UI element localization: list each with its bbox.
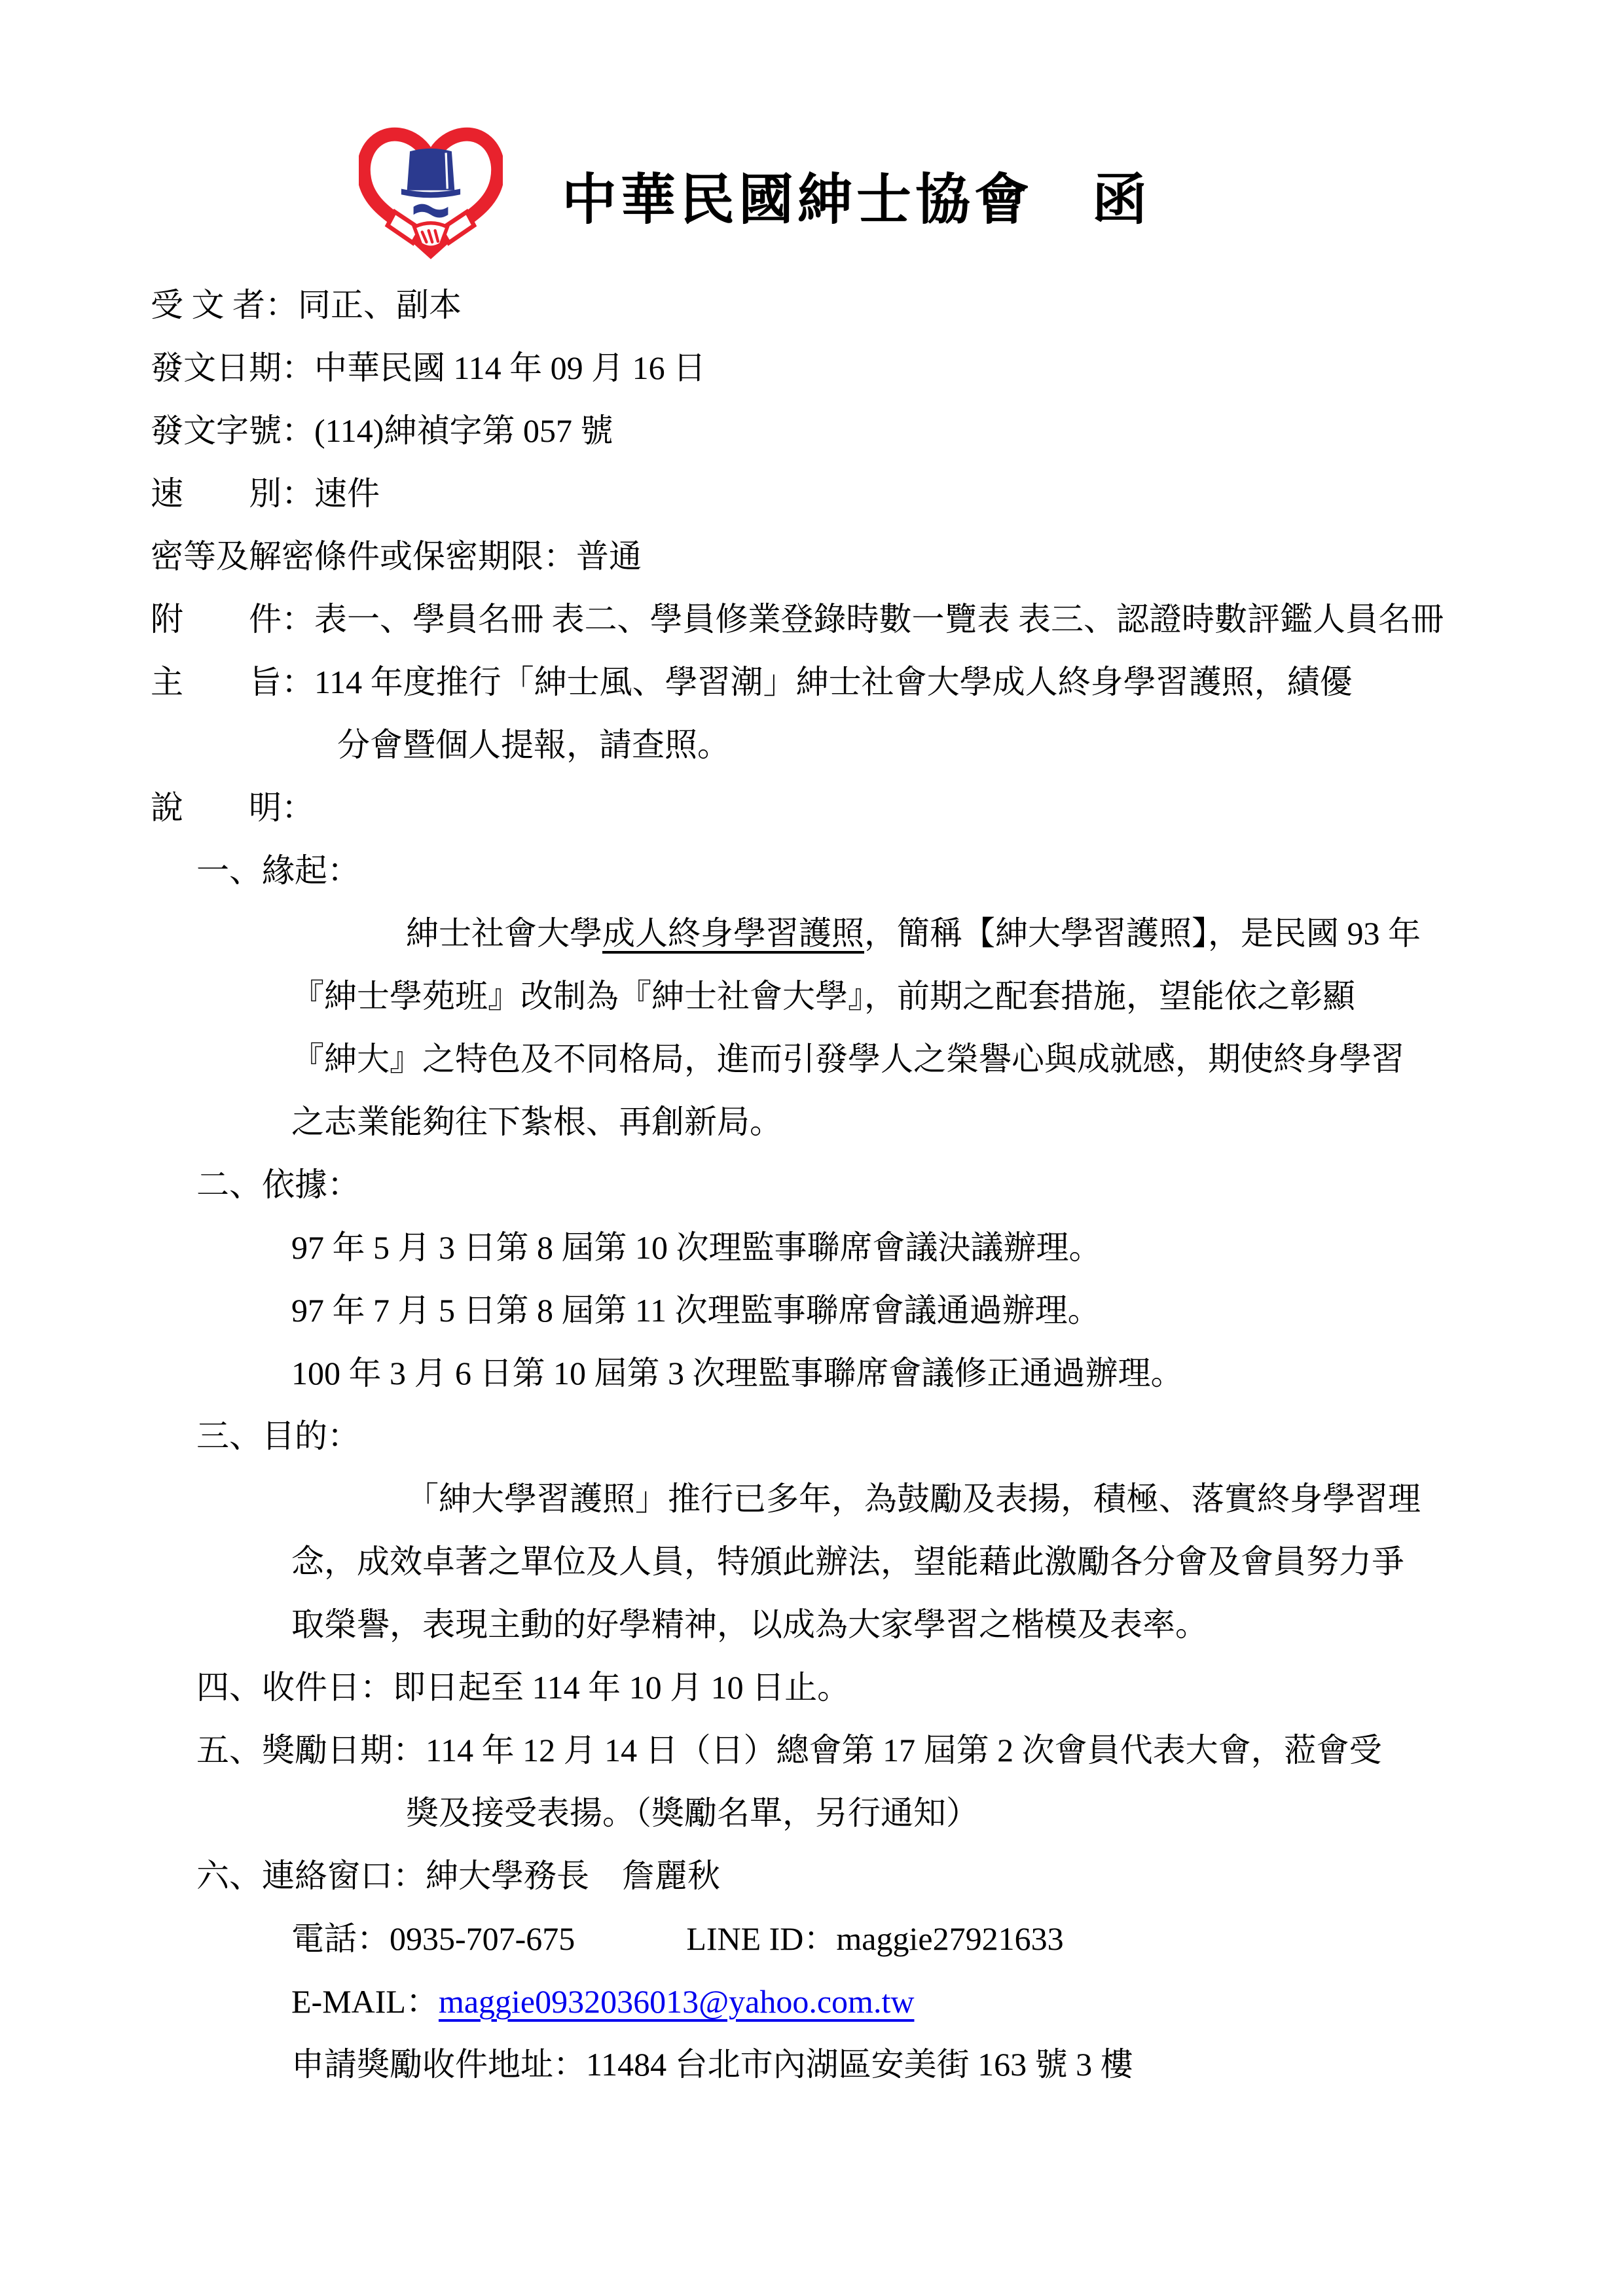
field-security: 密等及解密條件或保密期限：普通 xyxy=(151,525,1525,588)
origin-paragraph-line1: 紳士社會大學成人終身學習護照，簡稱【紳大學習護照】，是民國 93 年 xyxy=(406,902,1525,965)
field-attachments: 附 件：表一、學員名冊 表二、學員修業登錄時數一覽表 表三、認證時數評鑑人員名冊 xyxy=(151,588,1525,651)
purpose-paragraph-line3: 取榮譽，表現主動的好學精神，以成為大家學習之楷模及表率。 xyxy=(291,1593,1525,1656)
field-subject-continuation: 分會暨個人提報，請查照。 xyxy=(337,713,1525,776)
section-purpose-title: 目的： xyxy=(262,1418,360,1454)
field-recipient-label: 受 文 者： xyxy=(151,287,298,323)
origin-paragraph-line3: 『紳大』之特色及不同格局，進而引發學人之榮譽心與成就感，期使終身學習 xyxy=(291,1028,1525,1090)
field-ref-number-label: 發文字號： xyxy=(151,412,314,449)
section-deadline: 四、收件日：即日起至 114 年 10 月 10 日止。 xyxy=(196,1656,1525,1719)
field-attachments-label: 附 件： xyxy=(151,601,314,637)
field-ref-number-value: (114)紳禎字第 057 號 xyxy=(314,412,613,449)
field-security-label: 密等及解密條件或保密期限： xyxy=(151,538,576,575)
contact-line-id: LINE ID：maggie27921633 xyxy=(686,1920,1063,1957)
section-purpose-heading: 三、目的： xyxy=(196,1405,1525,1467)
page-title: 中華民國紳士協會 函 xyxy=(562,156,1151,235)
field-security-value: 普通 xyxy=(576,538,642,575)
section-origin-title: 緣起： xyxy=(262,852,360,889)
section-deadline-text: 收件日：即日起至 114 年 10 月 10 日止。 xyxy=(262,1669,850,1706)
association-logo xyxy=(359,120,503,264)
document-page: 中華民國紳士協會 函 受 文 者：同正、副本 發文日期：中華民國 114 年 0… xyxy=(0,0,1623,2296)
section-award-number: 五、 xyxy=(196,1732,262,1768)
basis-ref-3: 100 年 3 月 6 日第 10 屆第 3 次理監事聯席會議修正通過辦理。 xyxy=(291,1342,1525,1405)
contact-address: 申請獎勵收件地址：11484 台北市內湖區安美街 163 號 3 樓 xyxy=(291,2033,1525,2096)
purpose-paragraph-line1: 「紳大學習護照」推行已多年，為鼓勵及表揚，積極、落實終身學習理 xyxy=(406,1467,1525,1530)
basis-ref-2: 97 年 7 月 5 日第 8 屆第 11 次理監事聯席會議通過辦理。 xyxy=(291,1279,1525,1342)
section-contact-text: 連絡窗口：紳大學務長 詹麗秋 xyxy=(262,1857,720,1894)
origin-rest-text: ，簡稱【紳大學習護照】，是民國 93 年 xyxy=(864,915,1421,952)
field-issue-date-value: 中華民國 114 年 09 月 16 日 xyxy=(314,350,706,386)
section-purpose-number: 三、 xyxy=(196,1418,262,1454)
field-priority: 速 別：速件 xyxy=(151,462,1525,525)
field-subject: 主 旨：114 年度推行「紳士風、學習潮」紳士社會大學成人終身學習護照，績優 xyxy=(151,651,1525,713)
section-origin-heading: 一、緣起： xyxy=(196,839,1525,902)
purpose-paragraph-line2: 念，成效卓著之單位及人員，特頒此辦法，望能藉此激勵各分會及會員努力爭 xyxy=(291,1530,1525,1593)
top-hat-icon xyxy=(401,149,460,198)
origin-paragraph-line2: 『紳士學苑班』改制為『紳士社會大學』，前期之配套措施，望能依之彰顯 xyxy=(291,965,1525,1028)
bowtie-icon xyxy=(414,204,448,218)
basis-ref-1: 97 年 5 月 3 日第 8 屆第 10 次理監事聯席會議決議辦理。 xyxy=(291,1216,1525,1279)
section-contact-number: 六、 xyxy=(196,1857,262,1894)
origin-underlined-text: 成人終身學習護照 xyxy=(602,915,864,952)
origin-paragraph-line4: 之志業能夠往下紮根、再創新局。 xyxy=(291,1090,1525,1153)
contact-phone-line: 電話：0935-707-675LINE ID：maggie27921633 xyxy=(291,1907,1525,1970)
section-award-text: 獎勵日期：114 年 12 月 14 日（日）總會第 17 屆第 2 次會員代表… xyxy=(262,1732,1382,1768)
field-priority-value: 速件 xyxy=(314,475,380,512)
contact-email-line: E-MAIL：maggie0932036013@yahoo.com.tw xyxy=(291,1970,1525,2033)
contact-phone: 電話：0935-707-675 xyxy=(291,1920,575,1957)
field-recipient: 受 文 者：同正、副本 xyxy=(151,274,1525,336)
section-contact-line1: 六、連絡窗口：紳大學務長 詹麗秋 xyxy=(196,1844,1525,1907)
section-deadline-number: 四、 xyxy=(196,1669,262,1706)
explanation-heading: 說 明： xyxy=(151,776,1525,839)
section-basis-title: 依據： xyxy=(262,1166,360,1203)
letter-body: 受 文 者：同正、副本 發文日期：中華民國 114 年 09 月 16 日 發文… xyxy=(151,274,1525,2096)
section-origin-number: 一、 xyxy=(196,852,262,889)
field-attachments-value: 表一、學員名冊 表二、學員修業登錄時數一覽表 表三、認證時數評鑑人員名冊 xyxy=(314,601,1444,637)
field-issue-date: 發文日期：中華民國 114 年 09 月 16 日 xyxy=(151,336,1525,399)
section-basis-heading: 二、依據： xyxy=(196,1153,1525,1216)
contact-email-label: E-MAIL： xyxy=(291,1983,439,2020)
contact-email-link[interactable]: maggie0932036013@yahoo.com.tw xyxy=(439,1983,915,2020)
field-recipient-value: 同正、副本 xyxy=(298,287,462,323)
section-award-line1: 五、獎勵日期：114 年 12 月 14 日（日）總會第 17 屆第 2 次會員… xyxy=(196,1719,1525,1782)
field-subject-label: 主 旨： xyxy=(151,664,314,700)
field-ref-number: 發文字號：(114)紳禎字第 057 號 xyxy=(151,399,1525,462)
section-basis-number: 二、 xyxy=(196,1166,262,1203)
handshake-icon xyxy=(388,212,474,247)
section-award-line2: 獎及接受表揚。（獎勵名單，另行通知） xyxy=(406,1782,1525,1844)
field-issue-date-label: 發文日期： xyxy=(151,350,314,386)
field-subject-value: 114 年度推行「紳士風、學習潮」紳士社會大學成人終身學習護照，績優 xyxy=(314,664,1353,700)
field-priority-label: 速 別： xyxy=(151,475,314,512)
origin-lead-text: 紳士社會大學 xyxy=(406,915,602,952)
